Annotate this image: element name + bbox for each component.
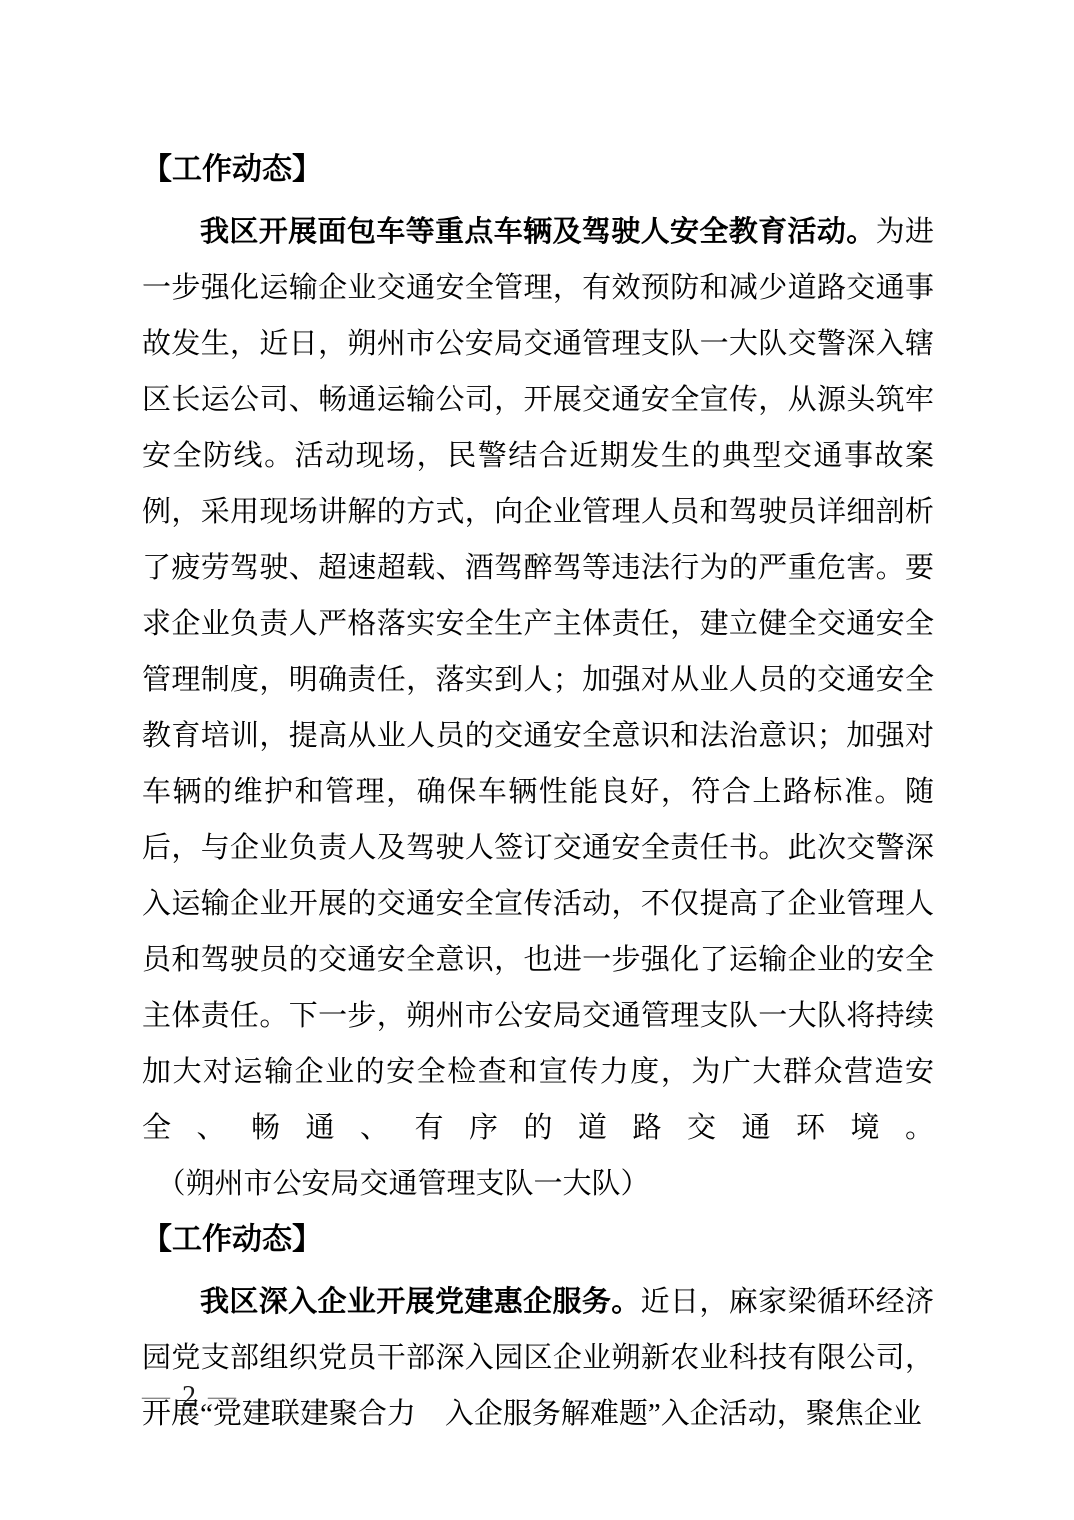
section-paragraph: 我区深入企业开展党建惠企服务。近日，麻家梁循环经济园党支部组织党员干部深入园区企…: [142, 1274, 934, 1442]
footer-dash-left: —: [142, 1381, 170, 1412]
section-work-dynamics-2: 【工作动态】 我区深入企业开展党建惠企服务。近日，麻家梁循环经济园党支部组织党员…: [142, 1212, 934, 1442]
page-number: 2: [182, 1381, 196, 1412]
attribution: （朔州市公安局交通管理支队一大队）: [171, 1168, 650, 1200]
document-page: 【工作动态】 我区开展面包车等重点车辆及驾驶人安全教育活动。为进一步强化运输企业…: [0, 0, 1074, 1520]
paragraph-lead-title: 我区开展面包车等重点车辆及驾驶人安全教育活动。: [200, 216, 876, 248]
section-paragraph: 我区开展面包车等重点车辆及驾驶人安全教育活动。为进一步强化运输企业交通安全管理，…: [142, 204, 934, 1212]
section-heading: 【工作动态】: [142, 142, 934, 198]
section-work-dynamics-1: 【工作动态】 我区开展面包车等重点车辆及驾驶人安全教育活动。为进一步强化运输企业…: [142, 142, 934, 1212]
section-heading: 【工作动态】: [142, 1212, 934, 1268]
page-content: 【工作动态】 我区开展面包车等重点车辆及驾驶人安全教育活动。为进一步强化运输企业…: [142, 142, 934, 1442]
paragraph-body: 为进一步强化运输企业交通安全管理，有效预防和减少道路交通事故发生，近日，朔州市公…: [142, 216, 934, 1144]
page-footer: —2—: [142, 1382, 236, 1412]
footer-dash-right: —: [208, 1381, 236, 1412]
paragraph-lead-title: 我区深入企业开展党建惠企服务。: [200, 1286, 641, 1318]
